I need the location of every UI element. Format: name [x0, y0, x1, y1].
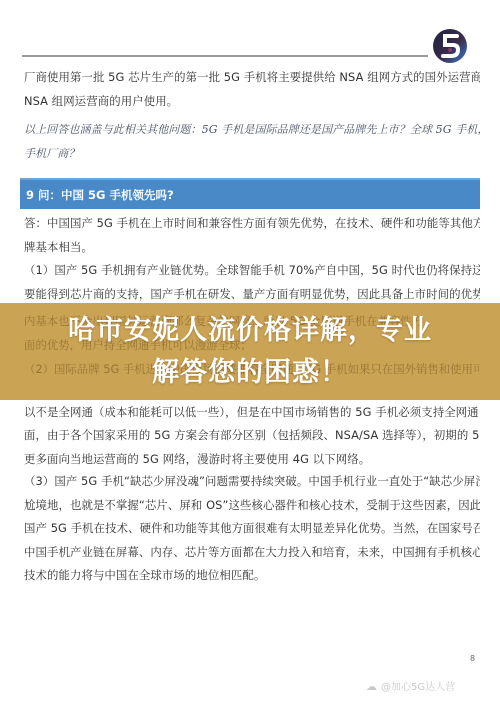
- text-line: 面，由于各个国家采用的 5G 方案会有部分区别（包括频段、NSA/SA 选择等）…: [24, 424, 480, 448]
- text-line: 答：中国国产 5G 手机在上市时间和兼容性方面有领先优势，在技术、硬件和功能等其…: [24, 212, 480, 236]
- question-header: 9 问：中国 5G 手机领先吗?: [20, 178, 480, 209]
- watermark: ☁@加心5G达人营: [366, 678, 455, 693]
- text-line: 中国手机产业链在屏幕、内存、芯片等方面都在大力投入和培育，未来，中国拥有手机核心…: [24, 541, 480, 565]
- wechat-icon: ☁: [366, 680, 377, 693]
- text-line: 尬境地，也就是不掌握“芯片、屏和 OS”这些核心器件和核心技术，受制于这些因素，…: [24, 494, 480, 518]
- text-line: NSA 组网运营商的用户使用。: [24, 90, 480, 114]
- 5g-logo-icon: [432, 28, 468, 64]
- text-line: 技术的能力将与中国在全球市场的地位相匹配。: [24, 564, 480, 588]
- banner-title-line-2: 解答您的困惑！: [0, 352, 500, 394]
- watermark-text: @加心5G达人营: [381, 682, 455, 693]
- related-questions-note: 以上回答也涵盖与此相关其他问题：5G 手机是国际品牌还是国产品牌先上市？全球 5…: [24, 118, 480, 165]
- text-line: 以不是全网通（成本和能耗可以低一些），但是在中国市场销售的 5G 手机必须支持全…: [24, 401, 480, 425]
- intro-paragraph: 厂商使用第一批 5G 芯片生产的第一批 5G 手机将主要提供给 NSA 组网方式…: [24, 66, 480, 113]
- point-3-paragraph: （3）国产 5G 手机“缺芯少屏没魂”问题需要持续突破。中国手机行业一直处于“缺…: [24, 470, 480, 588]
- text-line: 牌基本相当。: [24, 236, 480, 260]
- text-line: 更多面向当地运营商的 5G 网络，漫游时将主要使用 4G 以下网络。: [24, 448, 480, 472]
- banner-title-line-1: 哈市安妮人流价格详解，专业: [0, 310, 500, 352]
- text-line: （3）国产 5G 手机“缺芯少屏没魂”问题需要持续突破。中国手机行业一直处于“缺…: [24, 470, 480, 494]
- banner-title: 哈市安妮人流价格详解，专业 解答您的困惑！: [0, 310, 500, 394]
- text-line: 厂商使用第一批 5G 芯片生产的第一批 5G 手机将主要提供给 NSA 组网方式…: [24, 66, 480, 90]
- page-number: 8: [470, 654, 475, 663]
- question-title: 9 问：中国 5G 手机领先吗?: [26, 187, 174, 203]
- point-1-paragraph: （1）国产 5G 手机拥有产业链优势。全球智能手机 70%产自中国，5G 时代也…: [24, 259, 480, 306]
- text-line: 手机厂商？: [24, 142, 480, 166]
- header-rule: [22, 55, 428, 57]
- text-line: （1）国产 5G 手机拥有产业链优势。全球智能手机 70%产自中国，5G 时代也…: [24, 259, 480, 283]
- text-line: 国产 5G 手机在技术、硬件和功能等其他方面很难有太明显差异化优势。当然，在国家…: [24, 517, 480, 541]
- text-line: 以上回答也涵盖与此相关其他问题：5G 手机是国际品牌还是国产品牌先上市？全球 5…: [24, 118, 480, 142]
- answer-paragraph: 答：中国国产 5G 手机在上市时间和兼容性方面有领先优势，在技术、硬件和功能等其…: [24, 212, 480, 259]
